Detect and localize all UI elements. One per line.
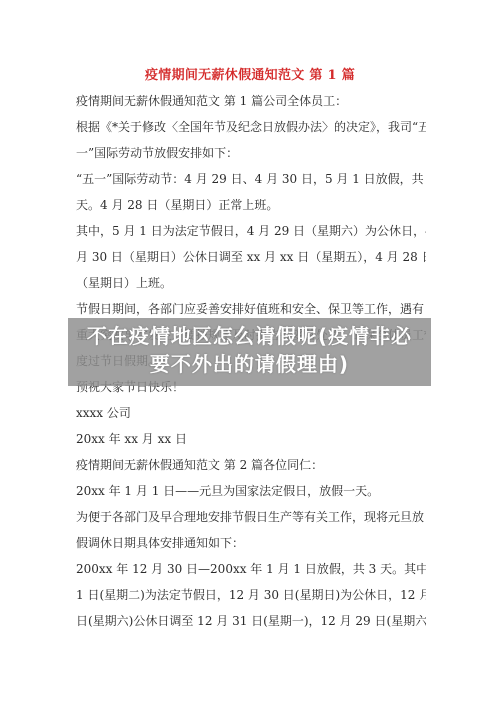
document-line: 月 30 日（星期日）公休日调至 xx 月 xx 日（星期五），4 月 28 日 — [76, 249, 426, 265]
overlay-headline-line2: 要不外出的请假理由) — [68, 350, 431, 378]
document-line: 20xx 年 xx 月 xx 日 — [76, 431, 426, 447]
document-line: 日(星期六)公休日调至 12 月 31 日(星期一)，12 月 29 日(星期六… — [76, 613, 426, 629]
document-line: 假调休日期具体安排通知如下： — [76, 535, 426, 551]
document-line: 疫情期间无薪休假通知范文 第 1 篇公司全体员工： — [76, 93, 426, 109]
document-line: xxxx 公司 — [76, 405, 426, 421]
document-line: 1 日(星期二)为法定节假日，12 月 30 日(星期日)为公休日，12 月 2… — [76, 587, 426, 603]
document-line: （星期日）上班。 — [76, 275, 426, 291]
document-line: 20xx 年 1 月 1 日——元旦为国家法定假日，放假一天。 — [76, 483, 426, 499]
document-line: 根据《*关于修改〈全国年节及纪念日放假办法〉的决定》，我司“五 — [76, 119, 426, 135]
document-line: 疫情期间无薪休假通知范文 第 2 篇各位同仁： — [76, 457, 426, 473]
document-line: 节假日期间，各部门应妥善安排好值班和安全、保卫等工作，遇有 — [76, 301, 426, 317]
document-line: 其中，5 月 1 日为法定节假日，4 月 29 日（星期六）为公休日，4 — [76, 223, 426, 239]
overlay-headline: 不在疫情地区怎么请假呢(疫情非必 要不外出的请假理由) — [68, 322, 431, 378]
document-page: 疫情期间无薪休假通知范文 第 1 篇 疫情期间无薪休假通知范文 第 1 篇公司全… — [0, 0, 500, 706]
document-line: 一”国际劳动节放假安排如下： — [76, 145, 426, 161]
document-line: “五一”国际劳动节：4 月 29 日、4 月 30 日，5 月 1 日放假，共 … — [76, 171, 426, 187]
document-line: 200xx 年 12 月 30 日—200xx 年 1 月 1 日放假，共 3 … — [76, 561, 426, 577]
document-title: 疫情期间无薪休假通知范文 第 1 篇 — [0, 64, 500, 83]
document-line: 天。4 月 28 日（星期日）正常上班。 — [76, 197, 426, 213]
overlay-headline-line1: 不在疫情地区怎么请假呢(疫情非必 — [68, 322, 431, 350]
document-line: 为便于各部门及早合理地安排节假日生产等有关工作，现将元旦放 — [76, 509, 426, 525]
